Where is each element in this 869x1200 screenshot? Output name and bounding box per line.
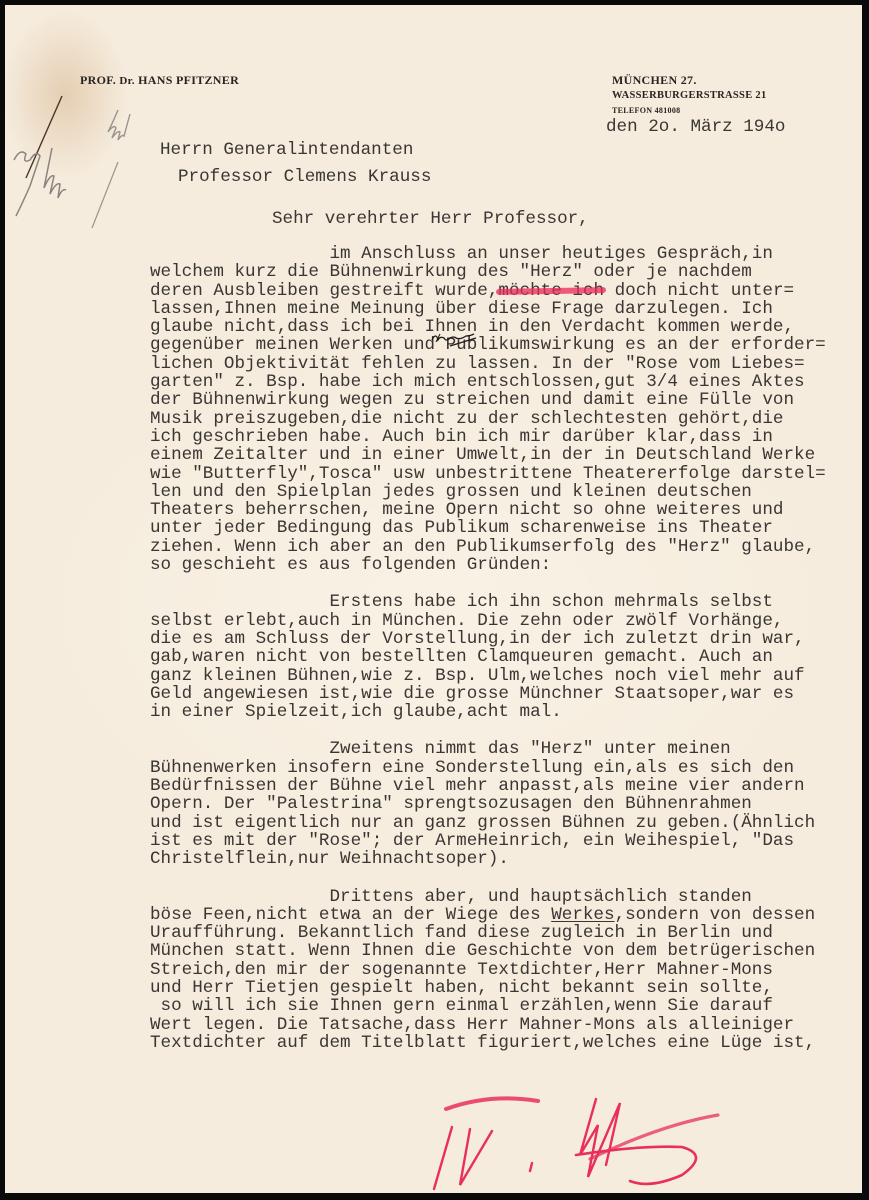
text-line: Textdichter auf dem Titelblatt figuriert… [150, 1034, 826, 1052]
text-line: ganz kleinen Bühnen,wie z. Bsp. Ulm,welc… [150, 667, 826, 685]
text-line: lichen Objektivität fehlen zu lassen. In… [150, 355, 826, 373]
text-line: glaube nicht,dass ich bei Ihnen in den V… [150, 318, 826, 336]
text-line: selbst erlebt,auch in München. Die zehn … [150, 612, 826, 630]
paragraph-gap [150, 721, 826, 740]
text-line: Geld angewiesen ist,wie die grosse Münch… [150, 685, 826, 703]
letterhead-city: MÜNCHEN 27. [612, 73, 697, 88]
text-line: der Bühnenwirkung wegen zu streichen und… [150, 391, 826, 409]
paragraph-gap [150, 574, 826, 593]
text-line: len und den Spielplan jedes grossen und … [150, 483, 826, 501]
text-line: gab,waren nicht von bestellten Clamqueur… [150, 648, 826, 666]
text-line: lassen,Ihnen meine Meinung über diese Fr… [150, 300, 826, 318]
underlined-word: Werkes [551, 905, 614, 925]
text-line: so geschieht es aus folgenden Gründen: [150, 556, 826, 574]
text-line: Christelflein,nur Weihnachtsoper). [150, 850, 826, 868]
text-line: München statt. Wenn Ihnen die Geschichte… [150, 942, 826, 960]
letterhead-prefix: PROF. [80, 73, 119, 87]
text-line: Drittens aber, und hauptsächlich standen [150, 888, 826, 906]
text-line: Zweitens nimmt das "Herz" unter meinen [150, 740, 826, 758]
text-line: Erstens habe ich ihn schon mehrmals selb… [150, 593, 826, 611]
text-line: so will ich sie Ihnen gern einmal erzähl… [150, 997, 826, 1015]
text-line: böse Feen,nicht etwa an der Wiege des We… [150, 906, 826, 924]
text-line: einem Zeitalter und in einer Umwelt,in d… [150, 446, 826, 464]
letterhead-name: PROF. Dr. HANS PFITZNER [80, 73, 239, 88]
text-line: und Herr Tietjen gespielt haben, nicht b… [150, 979, 826, 997]
letterhead-surname: HANS PFITZNER [135, 73, 239, 87]
text-line: Musik preiszugeben,die nicht zu der schl… [150, 410, 826, 428]
text-line: garten" z. Bsp. habe ich mich entschloss… [150, 373, 826, 391]
text-line: und ist eigentlich nur an ganz grossen B… [150, 814, 826, 832]
text-line: Theaters beherrschen, meine Opern nicht … [150, 501, 826, 519]
text-line: unter jeder Bedingung das Publikum schar… [150, 519, 826, 537]
letterhead-telephone: TELEFON 481008 [612, 106, 680, 115]
recipient-line-1: Herrn Generalintendanten [160, 141, 413, 159]
text-line: ist es mit der "Rose"; der ArmeHeinrich,… [150, 832, 826, 850]
text-line: Bedürfnissen der Bühne viel mehr anpasst… [150, 777, 826, 795]
text-line: Streich,den mir der sogenannte Textdicht… [150, 961, 826, 979]
text-line: welchem kurz die Bühnenwirkung des "Herz… [150, 263, 826, 281]
red-highlight: möchte ich [498, 281, 604, 301]
text-line: gegenüber meinen Werken und Publikumswir… [150, 336, 826, 354]
paragraph-gap [150, 869, 826, 888]
text-line: die es am Schluss der Vorstellung,in der… [150, 630, 826, 648]
text-line: Opern. Der "Palestrina" sprengtsozusagen… [150, 795, 826, 813]
letterhead-title: Dr. [119, 75, 134, 87]
text-line: in einer Spielzeit,ich glaube,acht mal. [150, 703, 826, 721]
text-line: im Anschluss an unser heutiges Gespräch,… [150, 245, 826, 263]
text-line: Uraufführung. Bekanntlich fand diese zug… [150, 924, 826, 942]
text-line: ich geschrieben habe. Auch bin ich mir d… [150, 428, 826, 446]
text-line: deren Ausbleiben gestreift wurde,möchte … [150, 282, 826, 300]
text-line: Bühnenwerken insofern eine Sonderstellun… [150, 759, 826, 777]
recipient-line-2: Professor Clemens Krauss [178, 168, 431, 186]
salutation: Sehr verehrter Herr Professor, [272, 210, 589, 228]
letter-date: den 2o. März 194o [606, 118, 786, 136]
text-line: wie "Butterfly",Tosca" usw unbestrittene… [150, 465, 826, 483]
letter-body: im Anschluss an unser heutiges Gespräch,… [150, 245, 826, 1052]
text-line: Wert legen. Die Tatsache,dass Herr Mahne… [150, 1016, 826, 1034]
letterhead-street: WASSERBURGERSTRASSE 21 [612, 90, 767, 101]
text-line: ziehen. Wenn ich aber an den Publikumser… [150, 538, 826, 556]
